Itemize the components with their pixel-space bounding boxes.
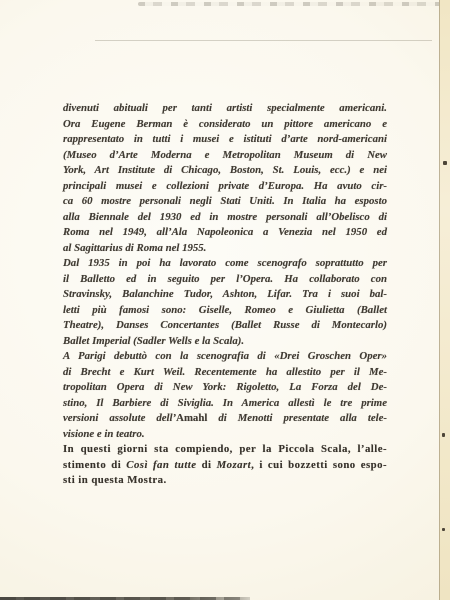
text-segment: Stravinsky, Balanchine Tudor, Ashton, Li… (63, 288, 387, 300)
text-segment: Amahl (176, 412, 207, 424)
text-line: tropolitan Opera di New York: Rigoletto,… (63, 380, 387, 396)
text-segment: versioni assolute dell’ (63, 412, 176, 424)
text-line: Stravinsky, Balanchine Tudor, Ashton, Li… (63, 287, 387, 303)
book-page: divenuti abituali per tanti artisti spec… (0, 0, 450, 600)
paragraph: divenuti abituali per tanti artisti spec… (63, 101, 387, 256)
text-line: Ora Eugene Berman è considerato un pitto… (63, 117, 387, 133)
text-segment: al Sagittarius di Roma nel 1955. (63, 242, 206, 254)
text-line: In questi giorni sta compiendo, per la P… (63, 442, 387, 458)
text-line: di Brecht e Kurt Weil. Recentemente ha a… (63, 365, 387, 381)
text-segment: Ora Eugene Berman è considerato un pitto… (63, 118, 387, 130)
text-segment: letti più famosi sono: Giselle, Romeo e … (63, 304, 387, 316)
text-line: al Sagittarius di Roma nel 1955. (63, 241, 387, 257)
text-line: stino, Il Barbiere di Siviglia. In Ameri… (63, 396, 387, 412)
text-segment: Mozart (217, 459, 252, 471)
scan-top-shadow (138, 2, 444, 6)
text-line: versioni assolute dell’Amahl di Menotti … (63, 411, 387, 427)
text-segment: Ballet Imperial (Sadler Wells e la Scala… (63, 335, 244, 347)
text-line: ca 60 mostre personali negli Stati Uniti… (63, 194, 387, 210)
text-line: sti in questa Mostra. (63, 473, 387, 489)
text-segment: Così fan tutte (126, 459, 196, 471)
text-segment: di Menotti presentate alla tele- (207, 412, 387, 424)
text-line: letti più famosi sono: Giselle, Romeo e … (63, 303, 387, 319)
text-segment: principali musei e collezioni private d’… (63, 180, 387, 192)
text-segment: stimento di (63, 459, 126, 471)
text-segment: Theatre), Danses Concertantes (Ballet Ru… (63, 319, 387, 331)
text-segment: visione e in teatro. (63, 428, 145, 440)
text-line: il Balletto ed in seguito per l’Opera. H… (63, 272, 387, 288)
text-segment: , i cui bozzetti sono espo- (251, 459, 387, 471)
scan-speck (443, 161, 447, 165)
text-line: A Parigi debuttò con la scenografia di «… (63, 349, 387, 365)
text-line: York, Art Institute di Chicago, Boston, … (63, 163, 387, 179)
paragraph: Dal 1935 in poi ha lavorato come scenogr… (63, 256, 387, 349)
scan-speck (442, 433, 445, 437)
text-line: Dal 1935 in poi ha lavorato come scenogr… (63, 256, 387, 272)
text-line: rappresentato in tutti i musei e istitut… (63, 132, 387, 148)
text-line: Roma nel 1949, all’Ala Napoleonica a Ven… (63, 225, 387, 241)
paragraph: In questi giorni sta compiendo, per la P… (63, 442, 387, 489)
text-segment: alla Biennale del 1930 ed in mostre pers… (63, 211, 387, 223)
text-segment: tropolitan Opera di New York: Rigoletto,… (63, 381, 387, 393)
text-segment: di (197, 459, 217, 471)
text-segment: sti in questa Mostra. (63, 474, 167, 486)
paragraph: A Parigi debuttò con la scenografia di «… (63, 349, 387, 442)
text-segment: A Parigi debuttò con la scenografia di «… (63, 350, 387, 362)
text-line: alla Biennale del 1930 ed in mostre pers… (63, 210, 387, 226)
page-fold-line (95, 40, 432, 41)
adjacent-page-edge (439, 0, 450, 600)
text-segment: York, Art Institute di Chicago, Boston, … (63, 164, 387, 176)
text-line: (Museo d’Arte Moderna e Metropolitan Mus… (63, 148, 387, 164)
text-segment: ca 60 mostre personali negli Stati Uniti… (63, 195, 387, 207)
text-block: divenuti abituali per tanti artisti spec… (63, 101, 387, 489)
text-segment: (Museo d’Arte Moderna e Metropolitan Mus… (63, 149, 387, 161)
text-segment: divenuti abituali per tanti artisti spec… (63, 102, 387, 114)
scan-speck (442, 528, 445, 531)
text-line: Theatre), Danses Concertantes (Ballet Ru… (63, 318, 387, 334)
text-segment: stino, Il Barbiere di Siviglia. In Ameri… (63, 397, 387, 409)
text-segment: In questi giorni sta compiendo, per la P… (63, 443, 387, 455)
text-segment: Roma nel 1949, all’Ala Napoleonica a Ven… (63, 226, 387, 238)
text-segment: il Balletto ed in seguito per l’Opera. H… (63, 273, 387, 285)
text-line: divenuti abituali per tanti artisti spec… (63, 101, 387, 117)
text-segment: Dal 1935 in poi ha lavorato come scenogr… (63, 257, 387, 269)
text-line: visione e in teatro. (63, 427, 387, 443)
text-line: principali musei e collezioni private d’… (63, 179, 387, 195)
text-line: Ballet Imperial (Sadler Wells e la Scala… (63, 334, 387, 350)
text-segment: di Brecht e Kurt Weil. Recentemente ha a… (63, 366, 387, 378)
text-segment: rappresentato in tutti i musei e istitut… (63, 133, 387, 145)
text-line: stimento di Così fan tutte di Mozart, i … (63, 458, 387, 474)
